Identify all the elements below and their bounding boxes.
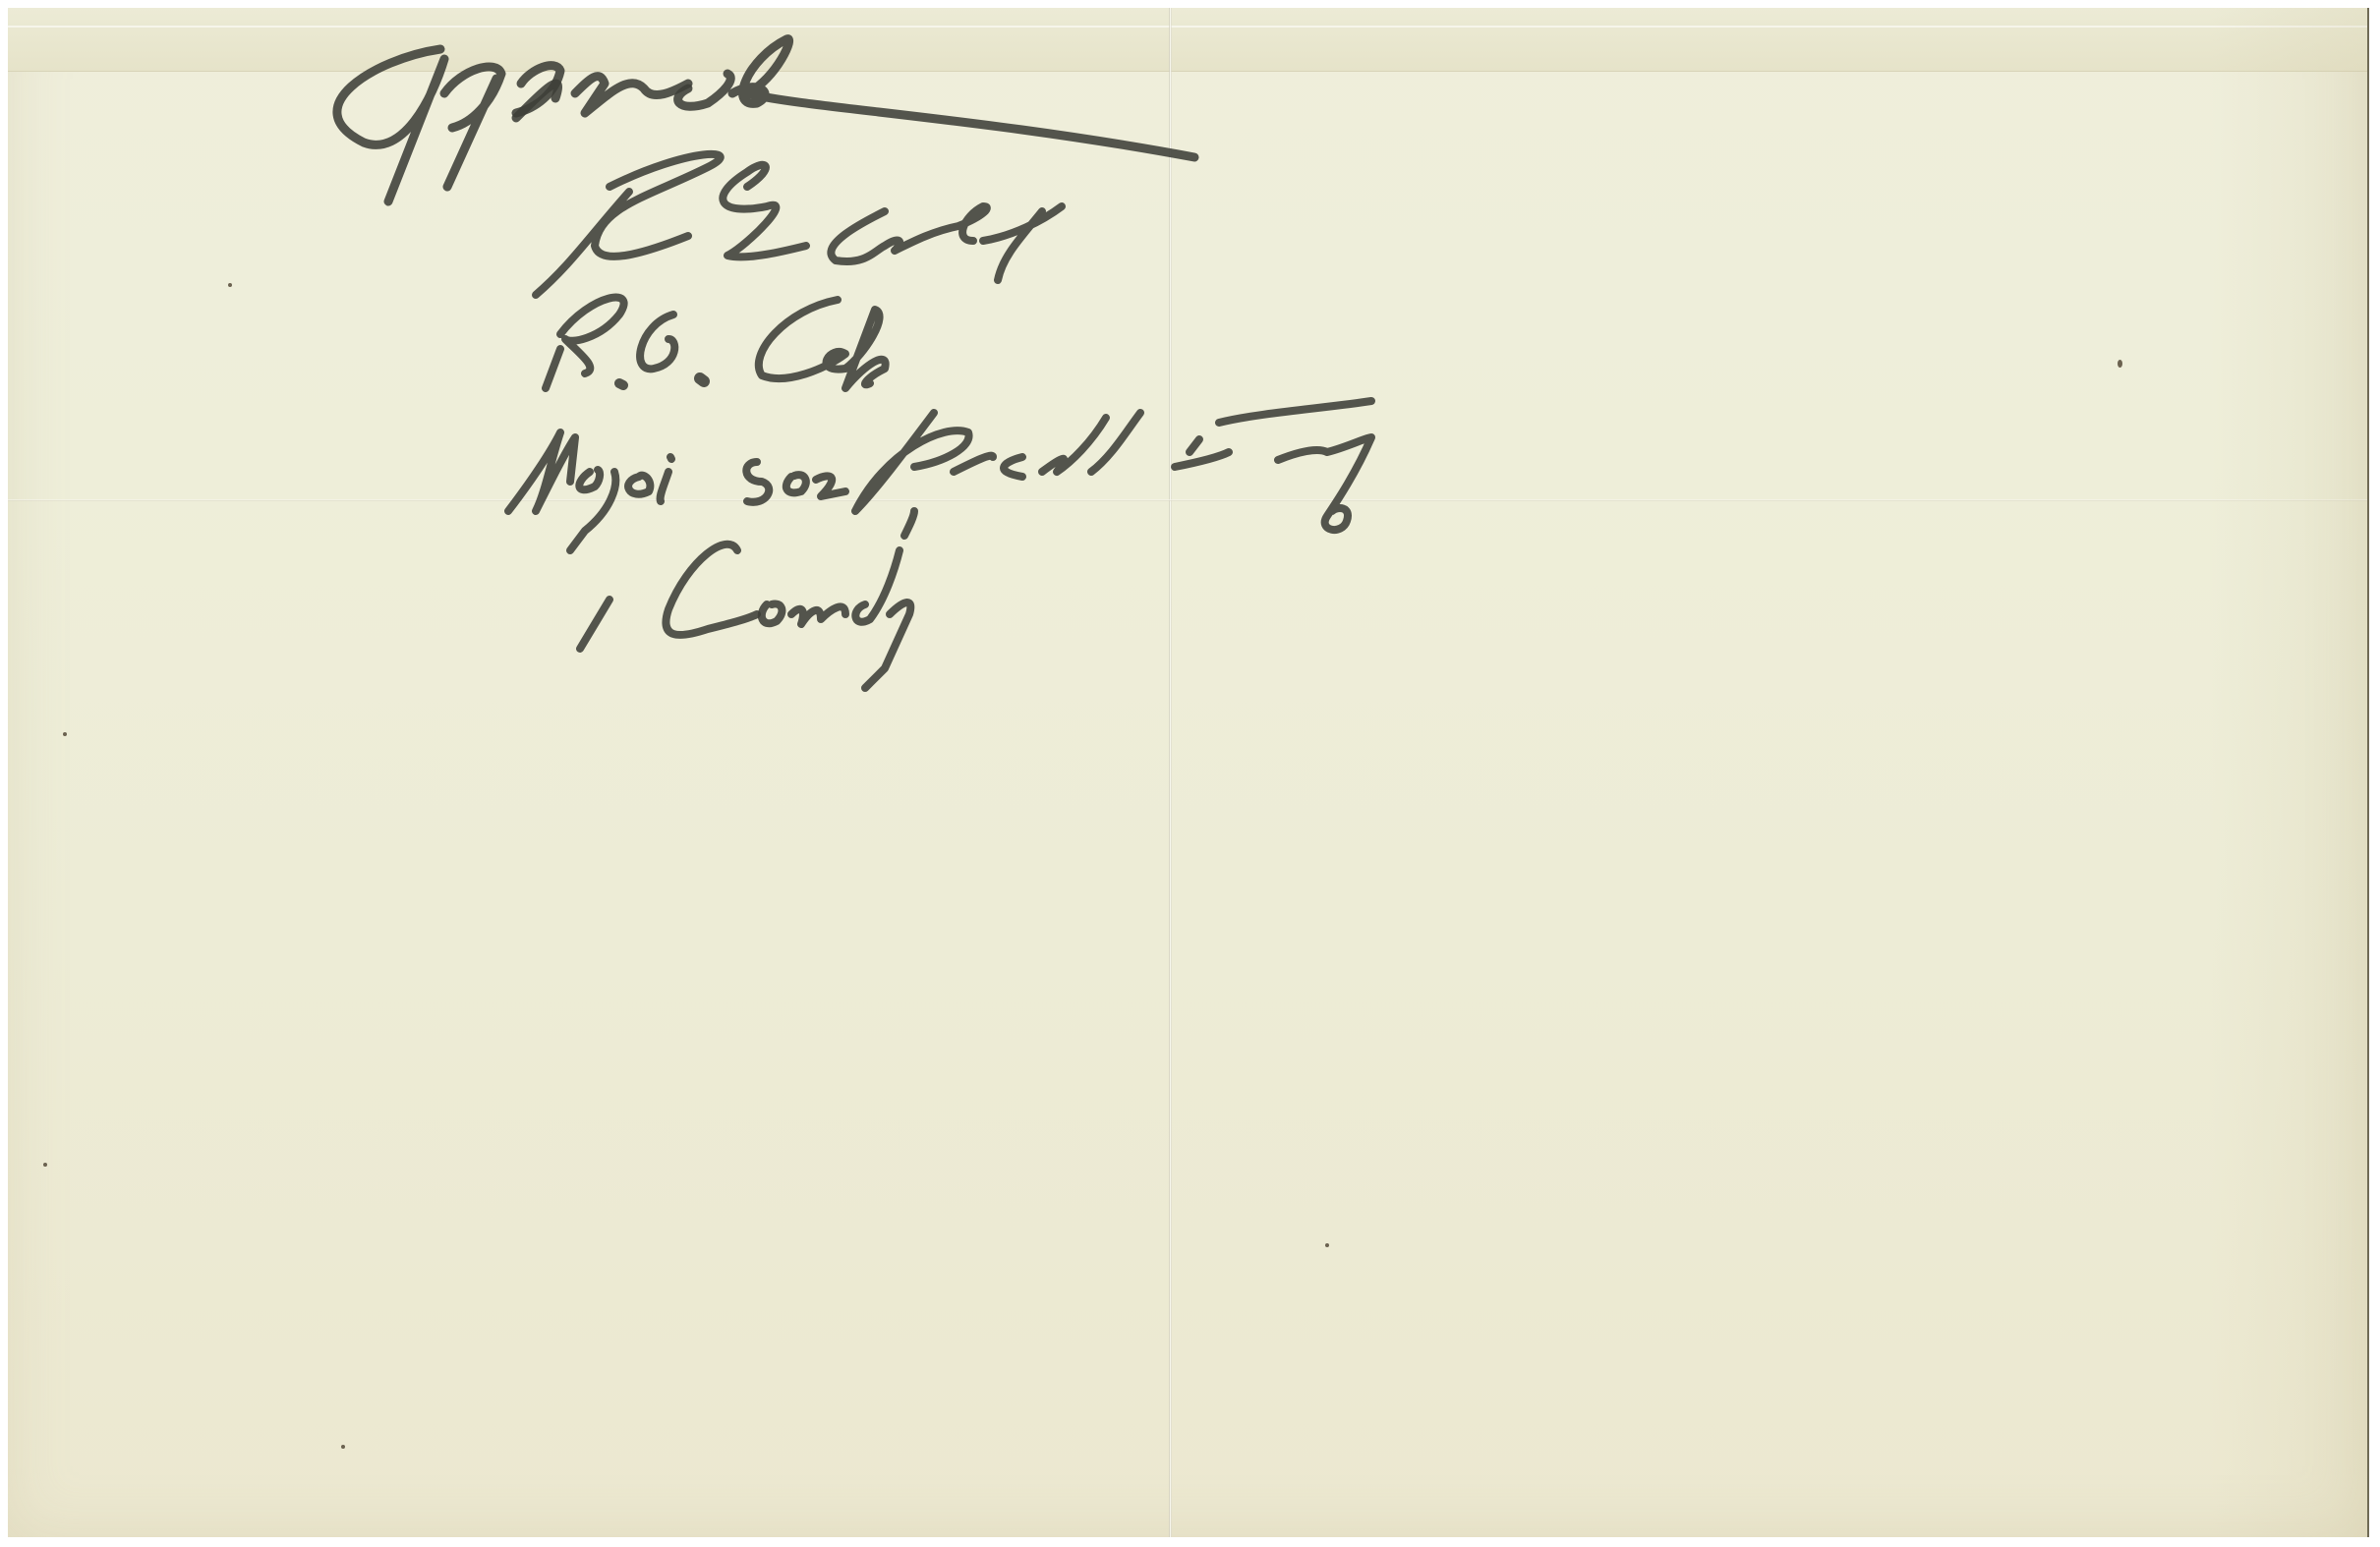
handwriting-title [580, 511, 914, 688]
handwriting-printed-name [546, 298, 886, 388]
handwriting-signature [536, 154, 1062, 295]
handwriting-rank-unit [508, 401, 1371, 550]
handwriting-ink [0, 0, 2380, 1547]
handwriting-approved [337, 39, 1194, 201]
